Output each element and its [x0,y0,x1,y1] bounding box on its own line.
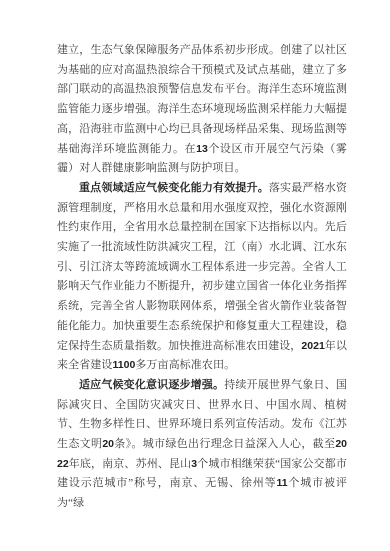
numeral: 20 [102,438,114,450]
text-content: 建立，生态气象保障服务产品体系初步形成。创建了以社区为基础的应对高温热浪综合干预… [57,41,347,514]
numeral: 3 [191,458,197,470]
paragraph: 建立，生态气象保障服务产品体系初步形成。创建了以社区为基础的应对高温热浪综合干预… [57,41,347,179]
paragraph-lead-sentence: 适应气候变化意识逐步增强。 [79,379,224,391]
numeral: 11 [277,477,288,489]
numeral: 2022 [57,438,347,470]
paragraph-text: 持续开展世界气象日、国际减灾日、全国防灾减灾日、世界水日、中国水周、植树节、生物… [57,379,347,509]
numeral: 13 [196,143,208,155]
numeral: 2021 [301,340,324,352]
paragraph: 重点领域适应气候变化能力有效提升。落实最严格水资源管理制度，严格用水总量和用水强… [57,179,347,376]
document-page: 建立，生态气象保障服务产品体系初步形成。创建了以社区为基础的应对高温热浪综合干预… [0,0,390,551]
paragraph-text: 落实最严格水资源管理制度，严格用水总量和用水强度双控，强化水资源刚性约束作用，全… [57,182,347,371]
numeral: 1100 [113,359,136,371]
paragraph-text: 建立，生态气象保障服务产品体系初步形成。创建了以社区为基础的应对高温热浪综合干预… [57,44,347,174]
paragraph-lead-sentence: 重点领域适应气候变化能力有效提升。 [79,182,269,194]
paragraph: 适应气候变化意识逐步增强。持续开展世界气象日、国际减灾日、全国防灾减灾日、世界水… [57,376,347,514]
